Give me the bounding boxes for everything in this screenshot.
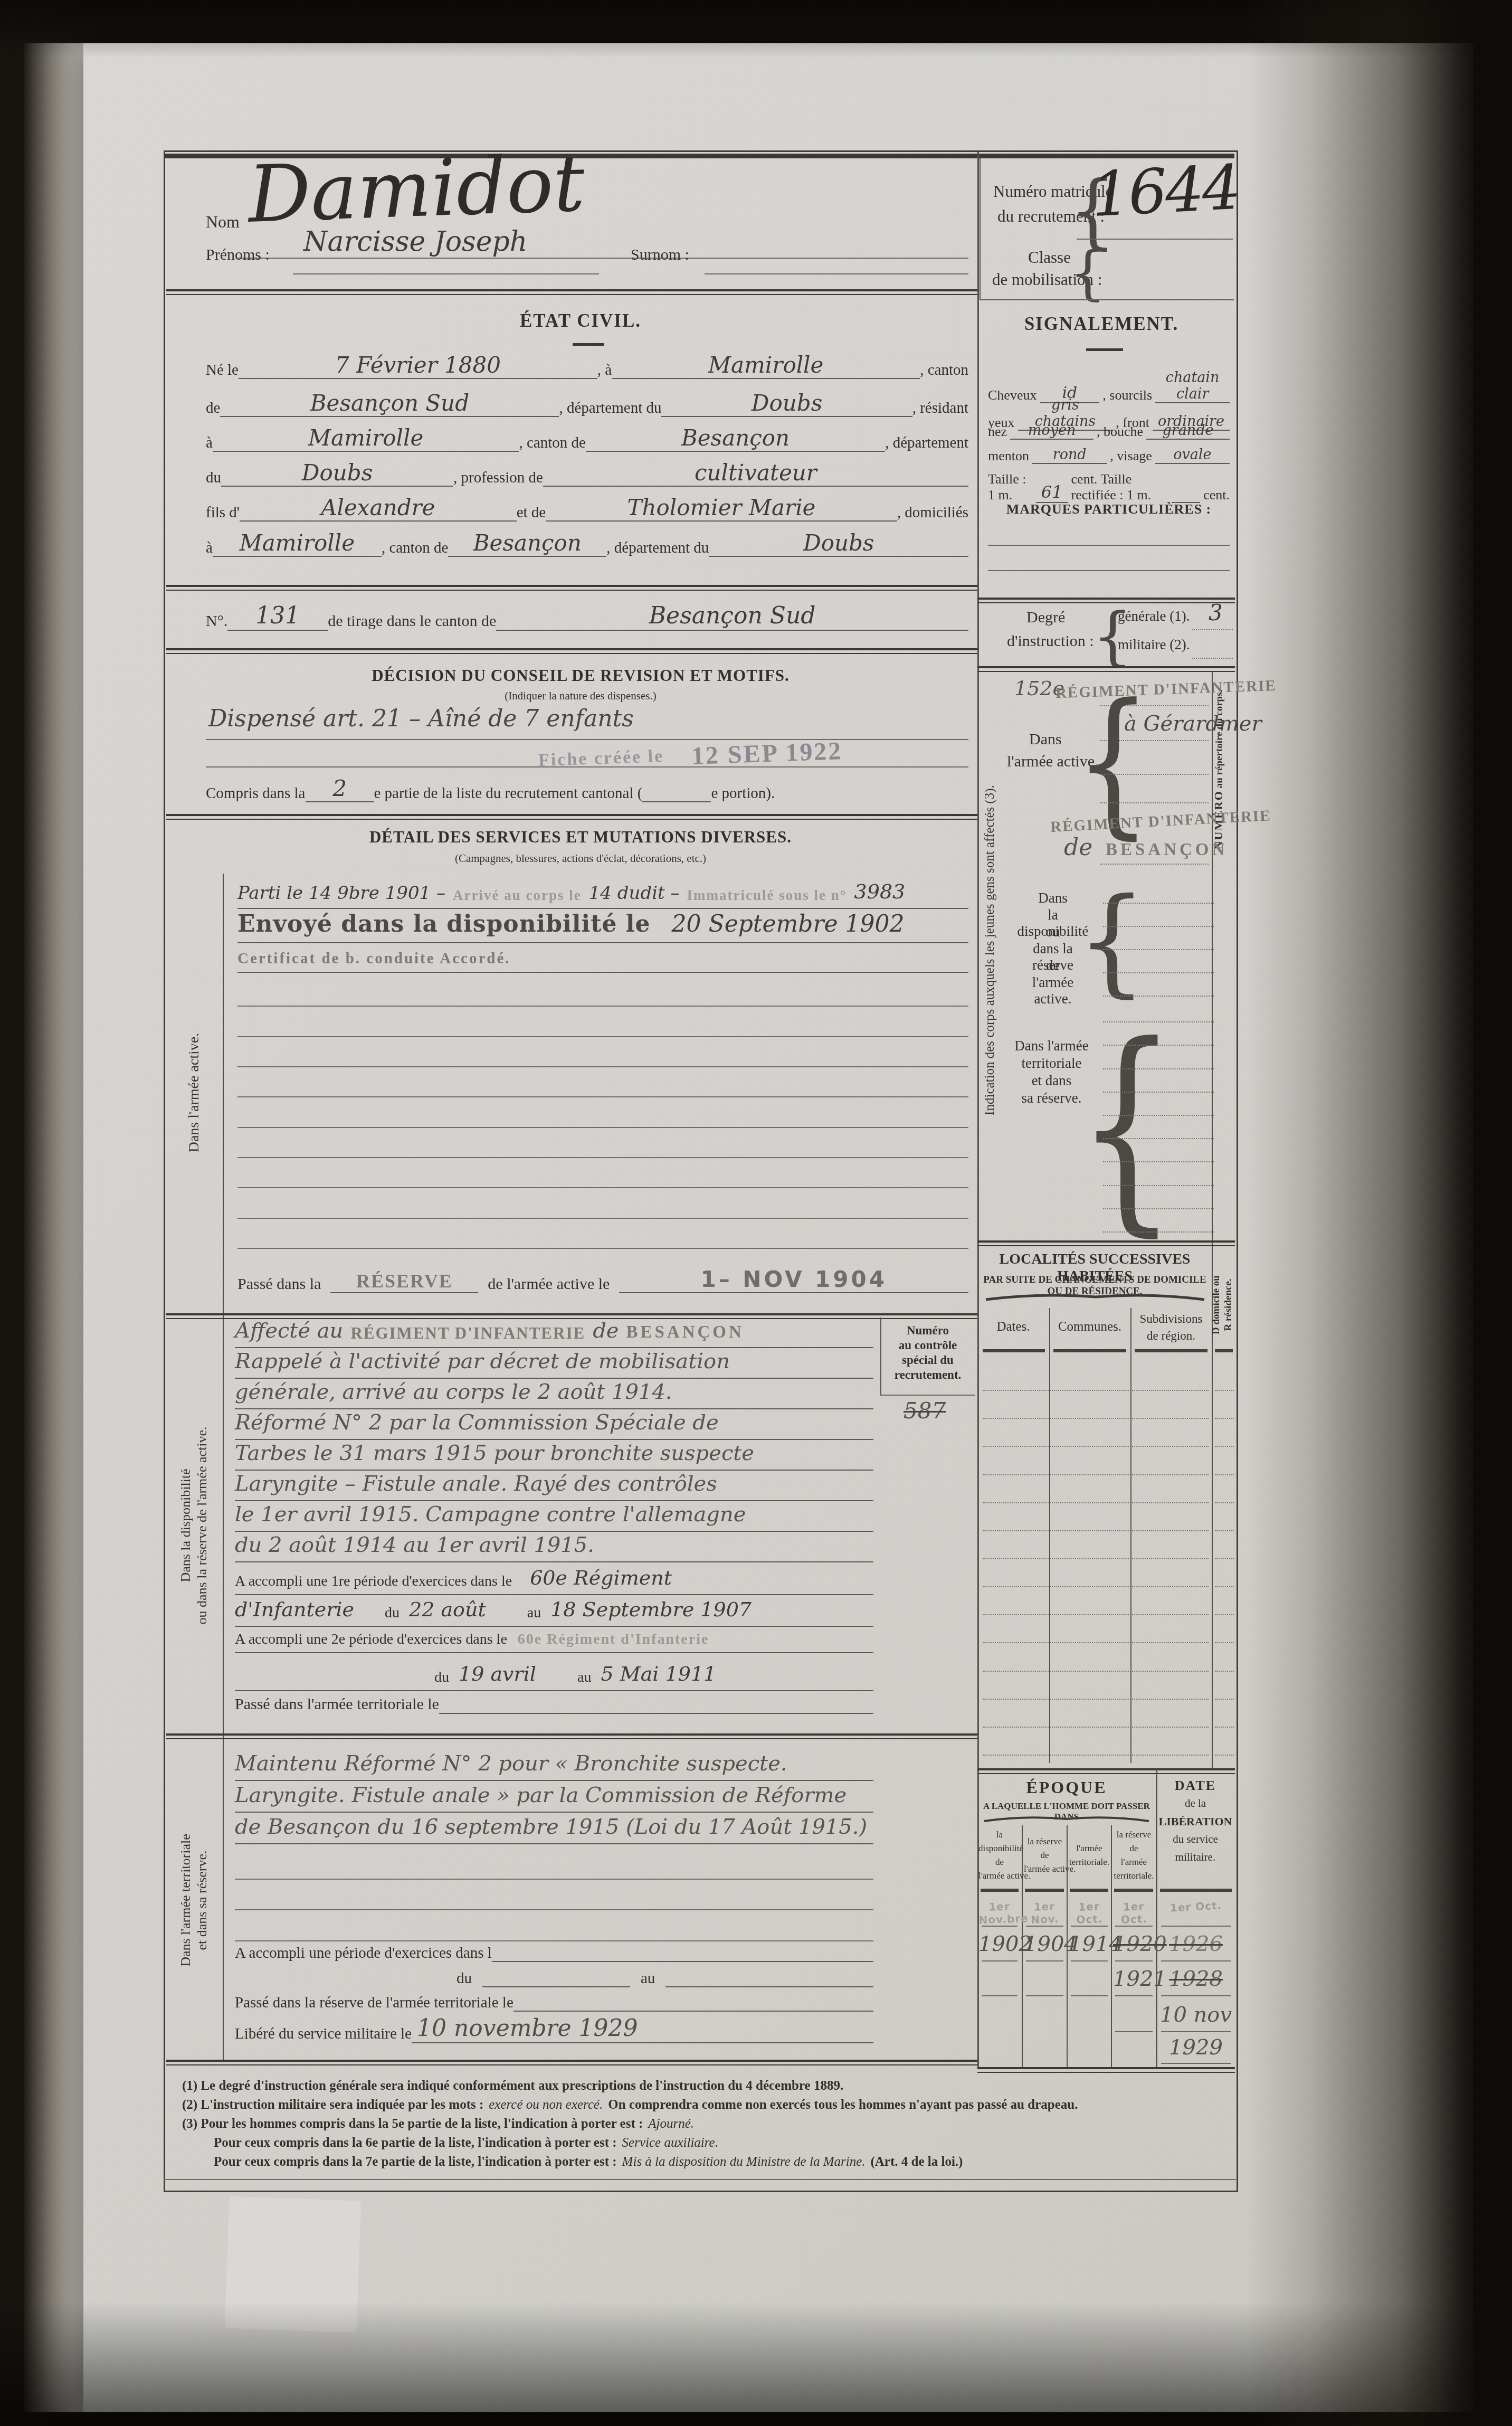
title-dash bbox=[573, 343, 604, 346]
footnote: (3) Pour les hommes compris dans la 5e p… bbox=[182, 2117, 1232, 2132]
controle-value: 587 bbox=[904, 1398, 946, 1424]
epoque-col2-header: la réserve bbox=[1024, 1836, 1066, 1847]
epoque-col1-header: la bbox=[978, 1830, 1021, 1840]
field-label: de tirage dans le canton de bbox=[328, 612, 496, 631]
periode1-row: A accompli une 1re période d'exercices d… bbox=[235, 1567, 873, 1595]
ruled-line bbox=[1100, 774, 1209, 775]
service-note-row: Réformé N° 2 par la Commission Spéciale … bbox=[235, 1410, 873, 1440]
epoque-col2-header: de bbox=[1024, 1850, 1066, 1861]
ruled-line bbox=[1215, 1643, 1234, 1671]
regiment-ville-stamp: BESANÇON bbox=[1106, 840, 1228, 860]
ruled-line bbox=[1103, 880, 1214, 904]
rule bbox=[166, 585, 977, 591]
ruled-line bbox=[1115, 2031, 1153, 2032]
handwritten-value: Doubs bbox=[661, 391, 912, 417]
ruled-line bbox=[983, 1700, 1209, 1728]
field-label: de bbox=[206, 400, 220, 417]
field-label: au bbox=[577, 1669, 591, 1686]
date-stamp: 1er Oct. bbox=[1112, 1900, 1155, 1927]
liberation-year-value: 1929 bbox=[1158, 2035, 1234, 2060]
paper-patch bbox=[225, 2196, 362, 2333]
field-label: , domiciliés bbox=[897, 504, 968, 522]
footnote-text: Pour ceux compris dans la 6e partie de l… bbox=[214, 2136, 617, 2151]
armee-active-label-1: Dans bbox=[1029, 731, 1062, 748]
ruled-line bbox=[237, 1007, 968, 1037]
etat-civil-row: Né le 7 Février 1880 , à Mamirolle , can… bbox=[206, 353, 968, 379]
ruled-line bbox=[237, 1037, 968, 1067]
field-label: du bbox=[457, 1970, 472, 1987]
handwritten-value: Rappelé à l'activité par décret de mobil… bbox=[235, 1349, 730, 1373]
ruled-line bbox=[983, 1587, 1209, 1615]
rule bbox=[977, 2067, 1235, 2073]
date-stamp: 1er Nov.bre bbox=[978, 1900, 1021, 1927]
handwritten-value: moyen bbox=[1010, 422, 1093, 440]
handwritten-value: Maintenu Réformé N° 2 pour « Bronchite s… bbox=[235, 1751, 787, 1776]
handwritten-value: de Besançon du 16 septembre 1915 (Loi du… bbox=[235, 1815, 867, 1839]
date-stamp: 1er Oct. bbox=[1068, 1900, 1110, 1927]
field-label: e partie de la liste du recrutement cant… bbox=[374, 785, 643, 802]
handwritten-value: Doubs bbox=[221, 460, 453, 487]
dr-note-line: D domicile ou bbox=[1211, 1236, 1223, 1373]
ruled-line bbox=[1071, 1995, 1108, 1996]
decision-subtitle: (Indiquer la nature des dispenses.) bbox=[211, 689, 950, 703]
field-label: fils d' bbox=[206, 504, 240, 522]
footnote-text: (Art. 4 de la loi.) bbox=[870, 2155, 963, 2170]
ruled-line bbox=[1215, 1531, 1234, 1559]
ruled-line bbox=[983, 1447, 1209, 1475]
matricule-box-bottom bbox=[980, 299, 1234, 300]
ruled-line bbox=[1161, 1960, 1231, 1961]
handwritten-value: Besançon bbox=[448, 530, 606, 557]
blank-field bbox=[439, 1713, 873, 1714]
generale-label: générale (1). bbox=[1118, 608, 1190, 624]
handwritten-value: Doubs bbox=[709, 530, 968, 557]
prenoms-label: Prénoms : bbox=[206, 246, 270, 264]
epoque-col3-header: territoriale. bbox=[1069, 1857, 1110, 1868]
ruled-line bbox=[1026, 1960, 1063, 1961]
header-rule bbox=[1160, 1889, 1232, 1892]
controle-label: Numéro bbox=[880, 1324, 975, 1338]
handwritten-value: 7 Février 1880 bbox=[239, 353, 597, 379]
ruled-line bbox=[983, 1728, 1209, 1756]
numero-repertoire-2: au répertoire du corps. bbox=[1214, 690, 1225, 788]
epoque-col4-header: de bbox=[1113, 1843, 1155, 1854]
ruled-line bbox=[1026, 1995, 1063, 1996]
ruled-line bbox=[1103, 1022, 1214, 1046]
handwritten-value: grande bbox=[1146, 422, 1230, 440]
footnote-italic: Ajourné. bbox=[648, 2117, 694, 2132]
stamp-date: 1– NOV 1904 bbox=[619, 1267, 968, 1293]
stamp-text: BESANÇON bbox=[626, 1323, 744, 1343]
service-note-row: Tarbes le 31 mars 1915 pour bronchite su… bbox=[235, 1441, 873, 1471]
service-note-row: générale, arrivé au corps le 2 août 1914… bbox=[235, 1380, 873, 1409]
ruled-line bbox=[1103, 1046, 1214, 1069]
epoque-col4-header: la réserve bbox=[1113, 1830, 1155, 1840]
stamp-text: Envoyé dans la disponibilité le bbox=[237, 911, 651, 938]
field-label: , profession de bbox=[453, 469, 543, 487]
col-header-subdivisions-2: de région. bbox=[1130, 1329, 1212, 1343]
passe-reserve-territoriale-row: Passé dans la réserve de l'armée territo… bbox=[235, 1994, 873, 2012]
date-col-header: de la bbox=[1156, 1797, 1235, 1810]
footnote: (2) L'instruction militaire sera indiqué… bbox=[182, 2098, 1232, 2113]
ruled-line bbox=[1026, 1926, 1063, 1927]
date-stamp: 1er Nov. bbox=[1023, 1900, 1066, 1927]
blank-field bbox=[642, 801, 711, 802]
marques-label: MARQUES PARTICULIÈRES : bbox=[988, 501, 1230, 517]
ruled-line bbox=[1192, 629, 1233, 630]
margin-line bbox=[223, 874, 224, 2061]
ruled-line bbox=[1215, 1615, 1234, 1643]
date-col-header: DATE bbox=[1156, 1778, 1235, 1794]
stamp-text: Arrivé au corps le bbox=[453, 887, 582, 904]
handwritten-value: 18 Septembre 1907 bbox=[550, 1598, 752, 1622]
handwritten-value: 5 Mai 1911 bbox=[601, 1663, 716, 1686]
ruled-line bbox=[1115, 1995, 1153, 1996]
ruled-line bbox=[206, 739, 968, 740]
handwritten-value: 131 bbox=[227, 603, 328, 631]
ruled-line bbox=[1103, 1116, 1214, 1139]
prenoms-value: Narcisse Joseph bbox=[303, 226, 527, 258]
ruled-line bbox=[1215, 1391, 1234, 1419]
service-note-row: du 2 août 1914 au 1er avril 1915. bbox=[235, 1533, 873, 1562]
etat-civil-row: à Mamirolle , canton de Besançon , dépar… bbox=[206, 530, 968, 557]
ruled-line bbox=[1161, 2063, 1231, 2064]
epoque-col4-header: l'armée bbox=[1113, 1857, 1155, 1868]
reforme-row: Maintenu Réformé N° 2 pour « Bronchite s… bbox=[235, 1751, 873, 1781]
ruled-line bbox=[237, 1067, 968, 1097]
field-label: , résidant bbox=[912, 400, 968, 417]
ruled-line bbox=[1103, 1162, 1214, 1186]
handwritten-value: 3983 bbox=[854, 880, 906, 904]
ruled-line bbox=[237, 1097, 968, 1127]
header-rule bbox=[983, 1349, 1045, 1352]
footnote-italic: Service auxiliaire. bbox=[622, 2136, 718, 2151]
handwritten-value: le 1er avril 1915. Campagne contre l'all… bbox=[235, 1502, 746, 1527]
ruled-line bbox=[1103, 973, 1214, 997]
ruled-line bbox=[1103, 927, 1214, 950]
field-label: du bbox=[385, 1605, 400, 1622]
field-label: N°. bbox=[206, 612, 227, 631]
ruled-line bbox=[1215, 1559, 1234, 1587]
field-label: à bbox=[206, 539, 213, 557]
handwritten-value: Affecté au bbox=[235, 1319, 343, 1343]
field-label: du bbox=[434, 1669, 449, 1686]
libere-row: Libéré du service militaire le 10 novemb… bbox=[235, 2015, 873, 2043]
classe-label-1: Classe bbox=[1028, 248, 1071, 267]
ruled-line bbox=[1215, 1363, 1234, 1391]
field-label: e portion). bbox=[711, 785, 775, 802]
handwritten-value: 61 bbox=[1036, 482, 1068, 503]
du-au-row: du au bbox=[235, 1970, 873, 1987]
militaire-label: militaire (2). bbox=[1118, 637, 1190, 653]
regiment-de-hand: de bbox=[1064, 834, 1092, 861]
rule bbox=[166, 648, 977, 654]
year-value: 1902 bbox=[978, 1932, 1021, 1956]
signalement-row: nez moyen , bouche grande bbox=[988, 422, 1230, 440]
nom-label: Nom bbox=[206, 212, 240, 232]
ruled-line bbox=[1071, 1926, 1108, 1927]
epoque-col1-header: l'armée active. bbox=[978, 1871, 1021, 1881]
ruled-line bbox=[1161, 2031, 1231, 2032]
header-rule bbox=[981, 1889, 1019, 1892]
signalement-title: SIGNALEMENT. bbox=[977, 314, 1225, 335]
side-label-armee-active: Dans l'armée active. bbox=[186, 855, 207, 1330]
blank-ruled-lines bbox=[235, 1849, 873, 1941]
certificat-row: Certificat de b. conduite Accordé. bbox=[237, 950, 968, 973]
handwritten-value: Tarbes le 31 mars 1915 pour bronchite su… bbox=[235, 1441, 754, 1465]
passe-reserve-row: Passé dans la RÉSERVE de l'armée active … bbox=[237, 1267, 968, 1293]
ruled-line bbox=[988, 570, 1230, 571]
handwritten-value: Mamirolle bbox=[612, 353, 920, 379]
table-blank-rows bbox=[983, 1363, 1209, 1756]
ruled-line bbox=[982, 1926, 1017, 1927]
field-label: , département du bbox=[606, 539, 709, 557]
field-label: au bbox=[527, 1605, 541, 1622]
ruled-line bbox=[237, 1219, 968, 1249]
table-divider bbox=[1156, 1769, 1157, 2068]
handwritten-value: 60e Régiment bbox=[519, 1567, 873, 1590]
compris-row: Compris dans la 2 e partie de la liste d… bbox=[206, 776, 968, 802]
handwritten-value: 2 bbox=[306, 776, 374, 802]
ruled-line bbox=[1071, 1960, 1108, 1961]
controle-label: au contrôle bbox=[880, 1339, 975, 1352]
ruled-line bbox=[235, 1880, 873, 1911]
ruled-line bbox=[206, 766, 968, 767]
ruled-line bbox=[1103, 1139, 1214, 1162]
parti-row: Parti le 14 9bre 1901 – Arrivé au corps … bbox=[237, 880, 968, 909]
ruled-line bbox=[1215, 1728, 1234, 1756]
field-label: Libéré du service militaire le bbox=[235, 2025, 412, 2043]
instruction-label-2: d'instruction : bbox=[1007, 632, 1094, 650]
blank-field bbox=[513, 2011, 873, 2012]
side-label-disponibilite: Dans la disponibilité ou dans la réserve… bbox=[177, 1309, 211, 1742]
field-label: au bbox=[641, 1970, 655, 1987]
decision-handwritten: Dispensé art. 21 – Aîné de 7 enfants bbox=[208, 705, 634, 732]
footnote-text: (2) L'instruction militaire sera indiqué… bbox=[182, 2098, 483, 2113]
decision-title: DÉCISION DU CONSEIL DE REVISION ET MOTIF… bbox=[211, 666, 950, 685]
field-label: nez bbox=[988, 424, 1007, 440]
book-page-edges bbox=[24, 43, 83, 2412]
field-label: de l'armée active le bbox=[488, 1275, 610, 1294]
ruled-line bbox=[983, 1419, 1209, 1447]
blank-ruled-lines bbox=[237, 977, 968, 1249]
side-label-line: ou dans la réserve de l'armée active. bbox=[194, 1309, 210, 1742]
field-label: A accompli une 1re période d'exercices d… bbox=[235, 1573, 512, 1590]
periode2-row: A accompli une 2e période d'exercices da… bbox=[235, 1631, 873, 1653]
handwritten-value: Besançon Sud bbox=[220, 391, 559, 417]
handwritten-value: ovale bbox=[1155, 447, 1230, 464]
epoque-title: ÉPOQUE bbox=[977, 1778, 1156, 1797]
side-label-territoriale: Dans l'armée territoriale et dans sa rés… bbox=[177, 1731, 211, 2069]
blank-ruled-lines bbox=[1103, 880, 1214, 997]
field-label: , canton de bbox=[382, 539, 448, 557]
footnote-text: Pour ceux compris dans la 7e partie de l… bbox=[214, 2155, 617, 2170]
rule bbox=[166, 814, 977, 820]
year-value: 1921 bbox=[1113, 1967, 1155, 1991]
field-label: , canton bbox=[920, 362, 968, 379]
handwritten-value: 10 novembre 1929 bbox=[412, 2015, 873, 2043]
handwritten-value: générale, arrivé au corps le 2 août 1914… bbox=[235, 1380, 672, 1404]
matricule-box-border bbox=[980, 158, 981, 300]
handwritten-value: Réformé N° 2 par la Commission Spéciale … bbox=[235, 1410, 719, 1435]
periode2-row2: du 19 avril au 5 Mai 1911 bbox=[235, 1663, 873, 1691]
field-label: , canton de bbox=[519, 434, 585, 452]
handwritten-value: Laryngite – Fistule anale. Rayé des cont… bbox=[235, 1472, 717, 1496]
dr-note-line: R résidence. bbox=[1223, 1236, 1235, 1373]
rule bbox=[166, 2060, 977, 2065]
swash-rule bbox=[984, 1292, 1206, 1302]
date-col-header: du service bbox=[1156, 1833, 1235, 1846]
epoque-col2-header: l'armée active. bbox=[1024, 1864, 1066, 1874]
handwritten-value: 14 dudit – bbox=[589, 883, 680, 904]
domicile-residence-note: D domicile ou R résidence. bbox=[1211, 1236, 1238, 1373]
field-label: , département bbox=[885, 434, 968, 452]
col-header-dates: Dates. bbox=[977, 1320, 1049, 1334]
year-value-struck: 1926 bbox=[1158, 1932, 1234, 1956]
liberation-day-value: 10 nov bbox=[1158, 2003, 1234, 2027]
field-label: cent. bbox=[1203, 487, 1230, 503]
title-dash bbox=[1086, 348, 1123, 351]
field-label: Compris dans la bbox=[206, 785, 306, 802]
handwritten-value: rond bbox=[1032, 447, 1107, 464]
ruled-line bbox=[1161, 1995, 1231, 1996]
epoque-col1-header: de bbox=[978, 1857, 1021, 1868]
epoque-col1-header: disponibilité bbox=[978, 1843, 1021, 1854]
brace: { bbox=[1069, 244, 1106, 302]
footnote-text: (3) Pour les hommes compris dans la 5e p… bbox=[182, 2117, 643, 2132]
year-value-struck: 1928 bbox=[1158, 1967, 1234, 1991]
ruled-line bbox=[1215, 1475, 1234, 1503]
footnote-text: (1) Le degré d'instruction générale sera… bbox=[182, 2079, 843, 2094]
year-value-struck: 1920 bbox=[1113, 1932, 1155, 1956]
surnom-label: Surnom : bbox=[631, 246, 689, 264]
ruled-line bbox=[983, 1391, 1209, 1419]
numero-repertoire-note: NUMÉRO au répertoire du corps. bbox=[1212, 675, 1237, 865]
date-col-header: LIBÉRATION bbox=[1156, 1815, 1235, 1828]
blank-field bbox=[665, 1986, 873, 1987]
ruled-line bbox=[237, 977, 968, 1007]
service-note-row: Rappelé à l'activité par décret de mobil… bbox=[235, 1349, 873, 1379]
field-label: cent. Taille rectifiée : 1 m. bbox=[1071, 471, 1169, 503]
side-note-indication-corps: Indication des corps auxquels les jeunes… bbox=[983, 665, 1002, 1235]
header-rule bbox=[1114, 1889, 1153, 1892]
header-rule bbox=[1135, 1349, 1207, 1352]
handwritten-value: Parti le 14 9bre 1901 – bbox=[237, 883, 445, 904]
etat-civil-row: fils d' Alexandre et de Tholomier Marie … bbox=[206, 495, 968, 522]
handwritten-value: Laryngite. Fistule anale » par la Commis… bbox=[235, 1783, 847, 1807]
taille-row: Taille : 1 m. 61 cent. Taille rectifiée … bbox=[988, 471, 1230, 503]
field-label: , à bbox=[597, 362, 612, 379]
side-label-line: et dans sa réserve. bbox=[194, 1731, 210, 2069]
field-label: A accompli une 2e période d'exercices da… bbox=[235, 1631, 507, 1648]
nom-value: Damidot bbox=[246, 138, 586, 240]
stamp-text: 60e Régiment d'Infanterie bbox=[518, 1631, 709, 1648]
blank-field bbox=[482, 1986, 630, 1987]
signalement-row: menton rond , visage ovale bbox=[988, 447, 1230, 464]
prenoms-underline bbox=[293, 273, 599, 274]
ruled-line bbox=[1215, 1419, 1234, 1447]
blank-ruled-lines bbox=[1103, 999, 1214, 1233]
side-label-line: Dans la disponibilité bbox=[177, 1309, 194, 1742]
etat-civil-row: du Doubs , profession de cultivateur bbox=[206, 460, 968, 487]
ruled-line bbox=[988, 545, 1230, 546]
handwritten-value: 19 avril bbox=[459, 1663, 536, 1686]
handwritten-value: cultivateur bbox=[543, 460, 968, 487]
surnom-underline bbox=[705, 273, 968, 274]
stamp-text: Certificat de b. conduite Accordé. bbox=[237, 950, 511, 968]
footnote-italic: exercé ou non exercé. bbox=[489, 2098, 603, 2113]
ruled-line bbox=[983, 1475, 1209, 1503]
footnote-text: On comprendra comme non exercés tous les… bbox=[608, 2098, 1078, 2113]
ruled-line bbox=[237, 1158, 968, 1188]
generale-value: 3 bbox=[1209, 600, 1223, 626]
rule bbox=[977, 1768, 1235, 1774]
date-col-header: militaire. bbox=[1156, 1851, 1235, 1864]
field-label: à bbox=[206, 434, 213, 452]
ruled-line bbox=[1100, 864, 1209, 865]
field-label: , visage bbox=[1110, 448, 1152, 464]
rule bbox=[166, 1733, 977, 1739]
ruled-line bbox=[1103, 999, 1214, 1022]
table-blank-rows bbox=[1215, 1363, 1234, 1756]
rule bbox=[977, 1240, 1235, 1246]
fiche-stamp-date: 12 SEP 1922 bbox=[691, 736, 843, 771]
field-label: menton bbox=[988, 448, 1029, 464]
ruled-line bbox=[237, 1128, 968, 1158]
ruled-line bbox=[235, 1849, 873, 1880]
col-header-subdivisions-1: Subdivisions bbox=[1130, 1312, 1212, 1326]
ruled-line bbox=[1103, 950, 1214, 973]
handwritten-value: Besançon bbox=[586, 425, 885, 452]
handwritten-value: Tholomier Marie bbox=[546, 495, 897, 522]
controle-label: spécial du bbox=[880, 1353, 975, 1367]
ruled-line bbox=[982, 1995, 1017, 1996]
ruled-line bbox=[1215, 1503, 1234, 1531]
matricule-value: 1644 bbox=[1090, 152, 1241, 231]
handwritten-value: Besançon Sud bbox=[496, 603, 968, 631]
field-label: et de bbox=[517, 504, 546, 522]
etat-civil-row: de Besançon Sud , département du Doubs ,… bbox=[206, 391, 968, 417]
field-label: Passé dans la réserve de l'armée territo… bbox=[235, 1994, 513, 2012]
instruction-label-1: Degré bbox=[1026, 609, 1065, 627]
ruled-line bbox=[983, 1672, 1209, 1700]
nom-underline bbox=[237, 258, 968, 259]
services-subtitle: (Campagnes, blessures, actions d'éclat, … bbox=[211, 852, 950, 865]
controle-label: recrutement. bbox=[880, 1368, 975, 1382]
ruled-line bbox=[1215, 1700, 1234, 1728]
passe-territoriale-row: Passé dans l'armée territoriale le bbox=[235, 1695, 873, 1714]
swash-rule bbox=[983, 1815, 1150, 1823]
military-register-sheet: Nom Damidot Prénoms : Narcisse Joseph Su… bbox=[0, 0, 1512, 2426]
reforme-row: Laryngite. Fistule anale » par la Commis… bbox=[235, 1783, 873, 1813]
service-note-row: Laryngite – Fistule anale. Rayé des cont… bbox=[235, 1472, 873, 1501]
envoye-row: Envoyé dans la disponibilité le 20 Septe… bbox=[237, 911, 968, 943]
epoque-col3-header: l'armée bbox=[1069, 1843, 1110, 1854]
header-rule bbox=[1070, 1889, 1108, 1892]
periode-territoriale-row: A accompli une période d'exercices dans … bbox=[235, 1945, 873, 1962]
year-value: 1914 bbox=[1069, 1932, 1110, 1956]
reforme-row: de Besançon du 16 septembre 1915 (Loi du… bbox=[235, 1815, 873, 1844]
etat-civil-row: à Mamirolle , canton de Besançon , dépar… bbox=[206, 425, 968, 452]
field-label: du bbox=[206, 469, 221, 487]
ruled-line bbox=[1115, 1926, 1153, 1927]
ruled-line bbox=[1103, 1093, 1214, 1116]
ruled-line bbox=[983, 1363, 1209, 1391]
field-label: A accompli une période d'exercices dans … bbox=[235, 1945, 492, 1962]
ruled-line bbox=[1115, 1960, 1153, 1961]
service-note-row: le 1er avril 1915. Campagne contre l'all… bbox=[235, 1502, 873, 1532]
header-rule bbox=[1025, 1889, 1064, 1892]
